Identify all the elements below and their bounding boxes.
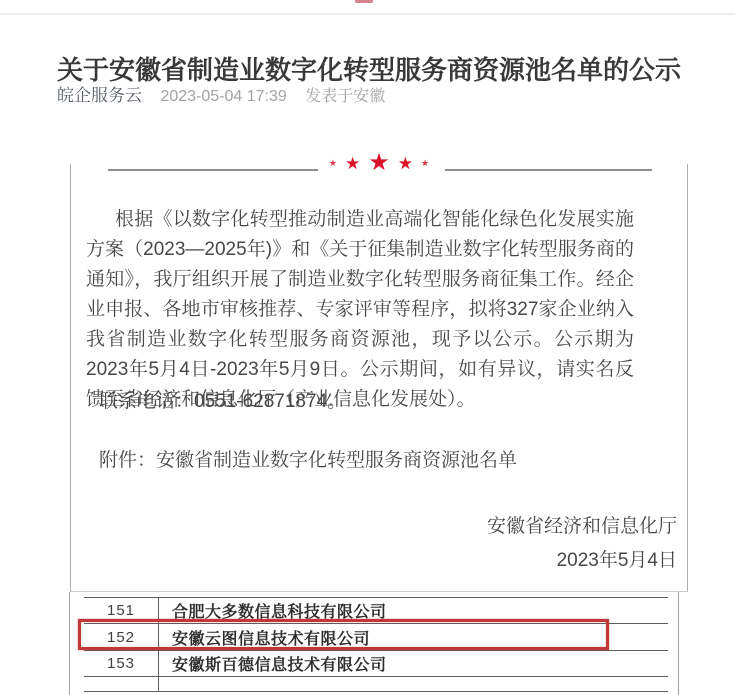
attachment-line: 附件：安徽省制造业数字化转型服务商资源池名单: [99, 450, 517, 472]
star-icon: ★: [345, 155, 360, 172]
signature-date: 2023年5月4日: [557, 550, 677, 572]
table-next-row-partial: [84, 677, 668, 692]
wechat-article-page: { "header": { "title": "关于安徽省制造业数字化转型服务商…: [0, 0, 735, 695]
row-number: 153: [84, 651, 159, 676]
article-title: 关于安徽省制造业数字化转型服务商资源池名单的公示: [57, 53, 717, 87]
star-icon: ★: [398, 155, 413, 172]
account-name-link[interactable]: 皖企服务云: [57, 86, 142, 105]
official-letter-image: ★ ★ ★ ★ ★ 根据《以数字化转型推动制造业高端化智能化绿色化发展实施方案（…: [70, 164, 688, 592]
company-name: 安徽斯百德信息技术有限公司: [159, 652, 668, 675]
table-row: 153安徽斯百德信息技术有限公司: [84, 651, 668, 677]
publish-location: 发表于安徽: [305, 88, 385, 105]
star-cluster-icon: ★ ★ ★ ★ ★: [71, 148, 687, 178]
letter-body-paragraph: 根据《以数字化转型推动制造业高端化智能化绿色化发展实施方案（2023—2025年…: [86, 205, 659, 415]
highlight-box: [78, 619, 609, 650]
star-icon: ★: [329, 159, 337, 168]
signature-organization: 安徽省经济和信息化厅: [487, 516, 677, 538]
header-divider-line: [0, 13, 735, 15]
publish-time: 2023-05-04 17:39: [160, 88, 286, 105]
byline: 皖企服务云 2023-05-04 17:39 发表于安徽: [57, 84, 677, 108]
star-icon: ★: [368, 151, 390, 175]
star-icon: ★: [421, 159, 429, 168]
top-red-mark: [355, 0, 373, 3]
company-list-table-image: 151合肥大多数信息科技有限公司152安徽云图信息技术有限公司153安徽斯百德信…: [69, 592, 679, 695]
contact-phone-line: 联系电话：0551-62871874。: [99, 391, 346, 413]
